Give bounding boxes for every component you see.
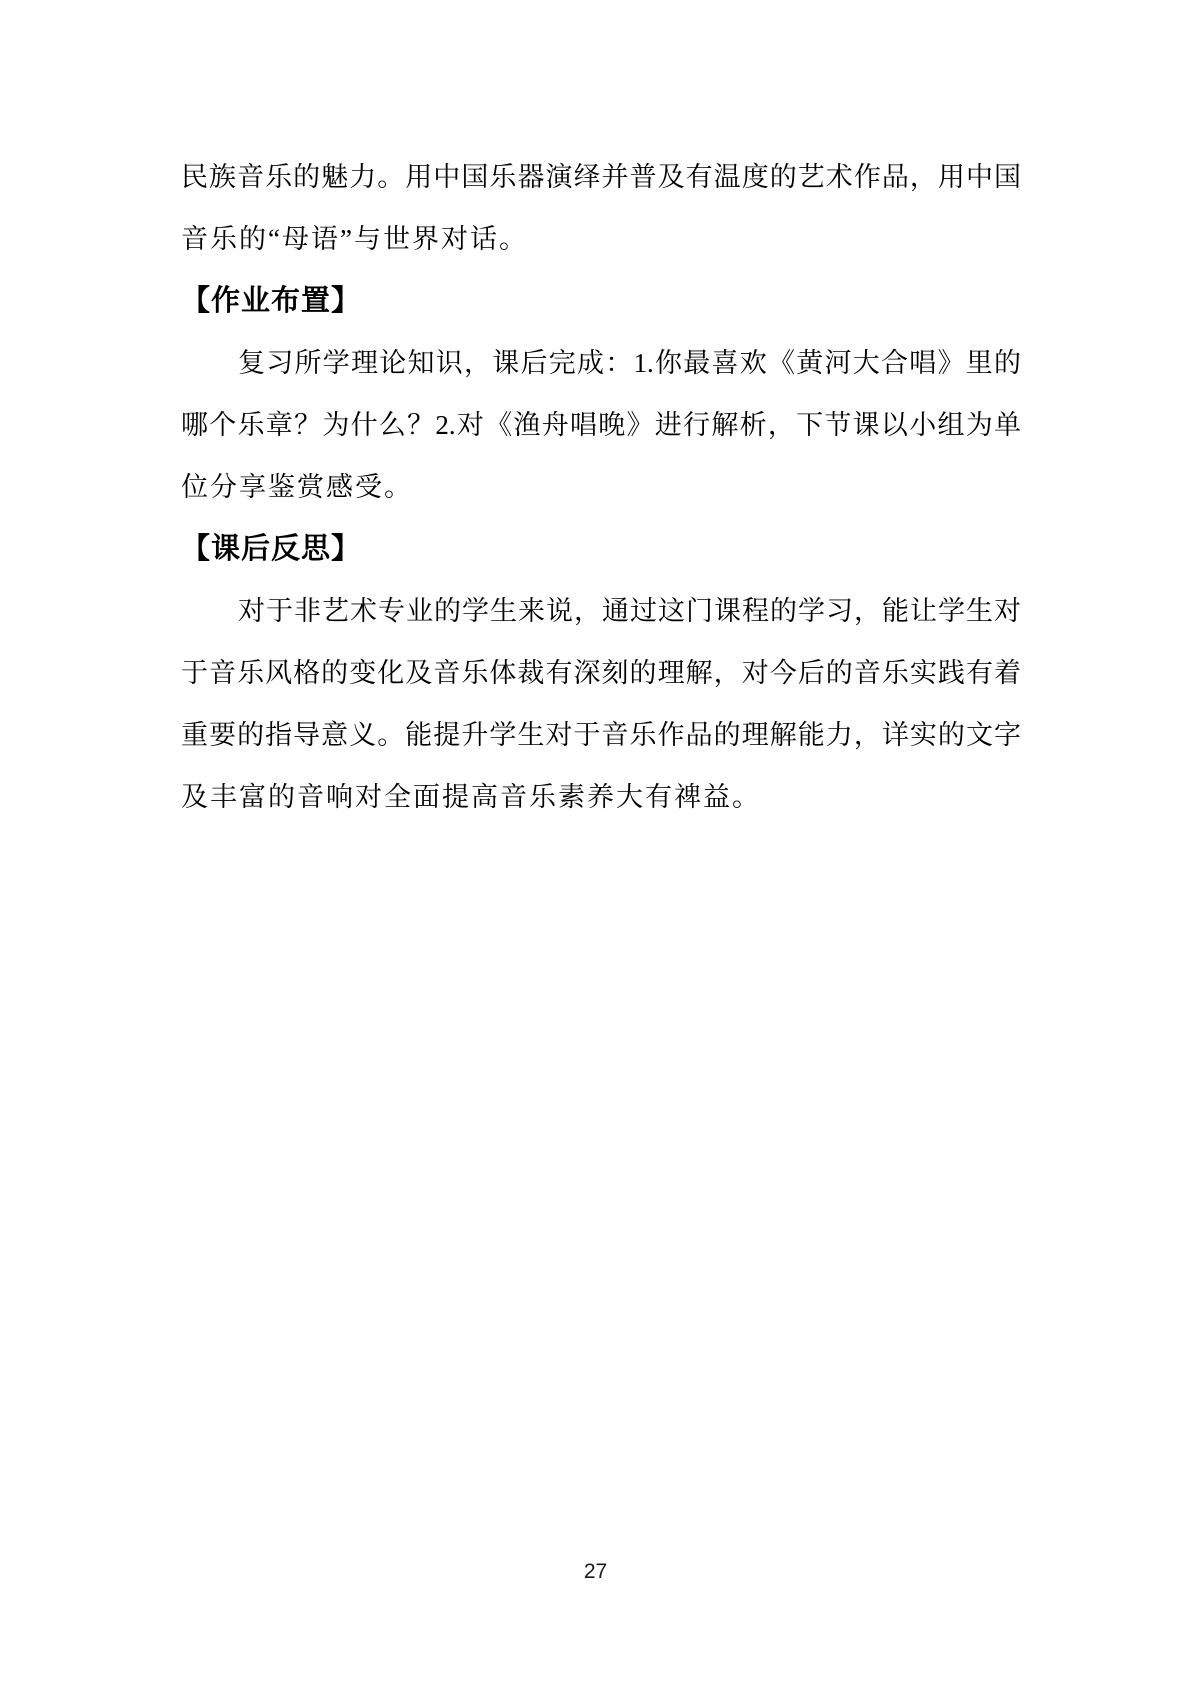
text-line: 及丰富的音响对全面提高音乐素养大有禆益。 bbox=[181, 766, 1021, 828]
heading-after-class-reflection: 【课后反思】 bbox=[181, 518, 1021, 580]
text-line: 音乐的“母语”与世界对话。 bbox=[181, 208, 1021, 270]
text-line: 复习所学理论知识，课后完成：1.你最喜欢《黄河大合唱》里的 bbox=[181, 332, 1021, 394]
text-line: 于音乐风格的变化及音乐体裁有深刻的理解，对今后的音乐实践有着 bbox=[181, 642, 1021, 704]
text-line: 位分享鉴赏感受。 bbox=[181, 456, 1021, 518]
heading-homework-assignment: 【作业布置】 bbox=[181, 270, 1021, 332]
text-line: 重要的指导意义。能提升学生对于音乐作品的理解能力，详实的文字 bbox=[181, 704, 1021, 766]
document-page: 民族音乐的魅力。用中国乐器演绎并普及有温度的艺术作品，用中国音乐的“母语”与世界… bbox=[0, 0, 1191, 1684]
text-line: 民族音乐的魅力。用中国乐器演绎并普及有温度的艺术作品，用中国 bbox=[181, 146, 1021, 208]
text-line: 对于非艺术专业的学生来说，通过这门课程的学习，能让学生对 bbox=[181, 580, 1021, 642]
text-line: 哪个乐章？为什么？2.对《渔舟唱晚》进行解析，下节课以小组为单 bbox=[181, 394, 1021, 456]
document-body: 民族音乐的魅力。用中国乐器演绎并普及有温度的艺术作品，用中国音乐的“母语”与世界… bbox=[181, 146, 1021, 828]
page-number: 27 bbox=[0, 1560, 1191, 1584]
